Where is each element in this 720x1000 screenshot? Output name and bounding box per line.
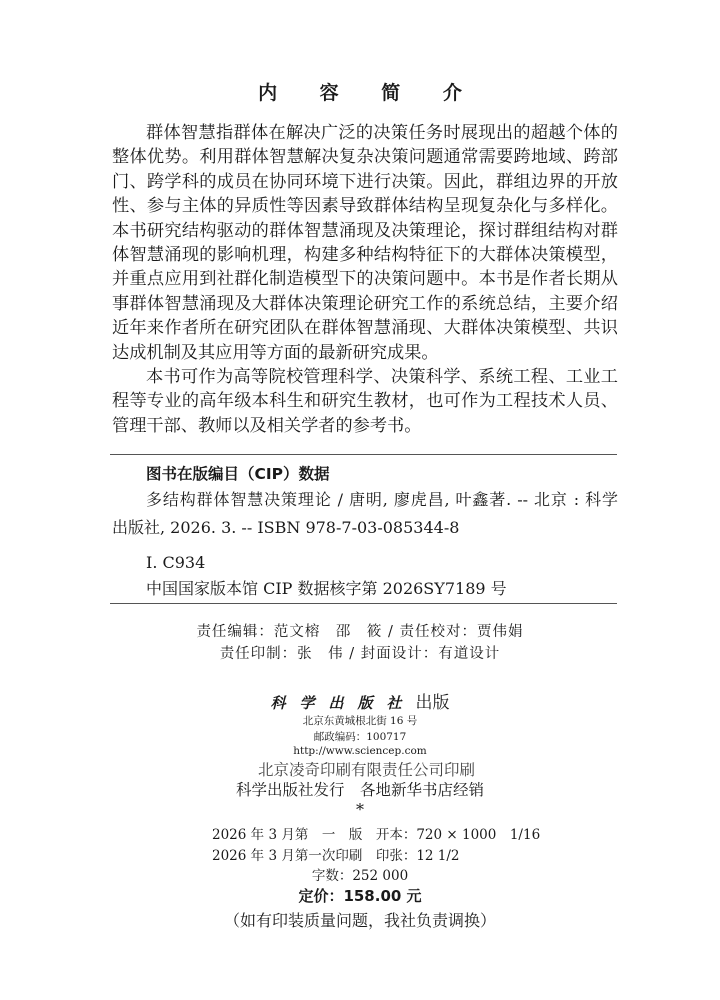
- publisher-postcode: 邮政编码：100717: [0, 729, 720, 744]
- cip-line-2: 出版社, 2026. 3. -- ISBN 978-7-03-085344-8: [112, 516, 459, 540]
- cip-top-rule: [110, 454, 617, 455]
- publisher-url: http://www.sciencep.com: [0, 745, 720, 757]
- credits-line-2: 责任印制：张 伟 / 封面设计：有道设计: [0, 642, 720, 663]
- printing-line: 2026 年 3 月第一次印刷 印张：12 1/2: [212, 844, 460, 864]
- edition-line: 2026 年 3 月第 一 版 开本：720 × 1000 1/16: [212, 823, 540, 843]
- distribution-line: 科学出版社发行 各地新华书店经销: [0, 778, 720, 800]
- page-title: 内 容 简 介: [0, 78, 720, 105]
- cip-record-number: 中国国家版本馆 CIP 数据核字第 2026SY7189 号: [146, 577, 507, 601]
- word-count: 字数：252 000: [0, 864, 720, 884]
- intro-paragraph-2: 本书可作为高等院校管理科学、决策科学、系统工程、工业工程等专业的高年级本科生和研…: [112, 365, 618, 438]
- cip-line-1: 多结构群体智慧决策理论 / 唐明, 廖虎昌, 叶鑫著. -- 北京 : 科学: [146, 488, 618, 512]
- publisher-address: 北京东黄城根北街 16 号: [0, 713, 720, 728]
- intro-paragraph-1: 群体智慧指群体在解决广泛的决策任务时展现出的超越个体的整体优势。利用群体智慧解决…: [112, 121, 618, 365]
- publisher-line: 科学出版社出版: [0, 688, 720, 713]
- credits-line-1: 责任编辑：范文榕 邵 筱 / 责任校对：贾伟娟: [0, 620, 720, 641]
- cip-classification: Ⅰ. C934: [146, 551, 205, 575]
- publisher-brand-logo: 科学出版社: [270, 694, 415, 712]
- printer-line: 北京凌奇印刷有限责任公司印刷: [258, 758, 475, 780]
- intro-text: 群体智慧指群体在解决广泛的决策任务时展现出的超越个体的整体优势。利用群体智慧解决…: [112, 121, 618, 438]
- cip-heading: 图书在版编目（CIP）数据: [146, 462, 330, 484]
- publisher-suffix: 出版: [416, 693, 450, 713]
- quality-note: （如有印装质量问题，我社负责调换）: [0, 908, 720, 931]
- price: 定价：158.00 元: [0, 885, 720, 906]
- separator-asterisk: *: [0, 800, 720, 819]
- cip-bottom-rule: [110, 603, 617, 604]
